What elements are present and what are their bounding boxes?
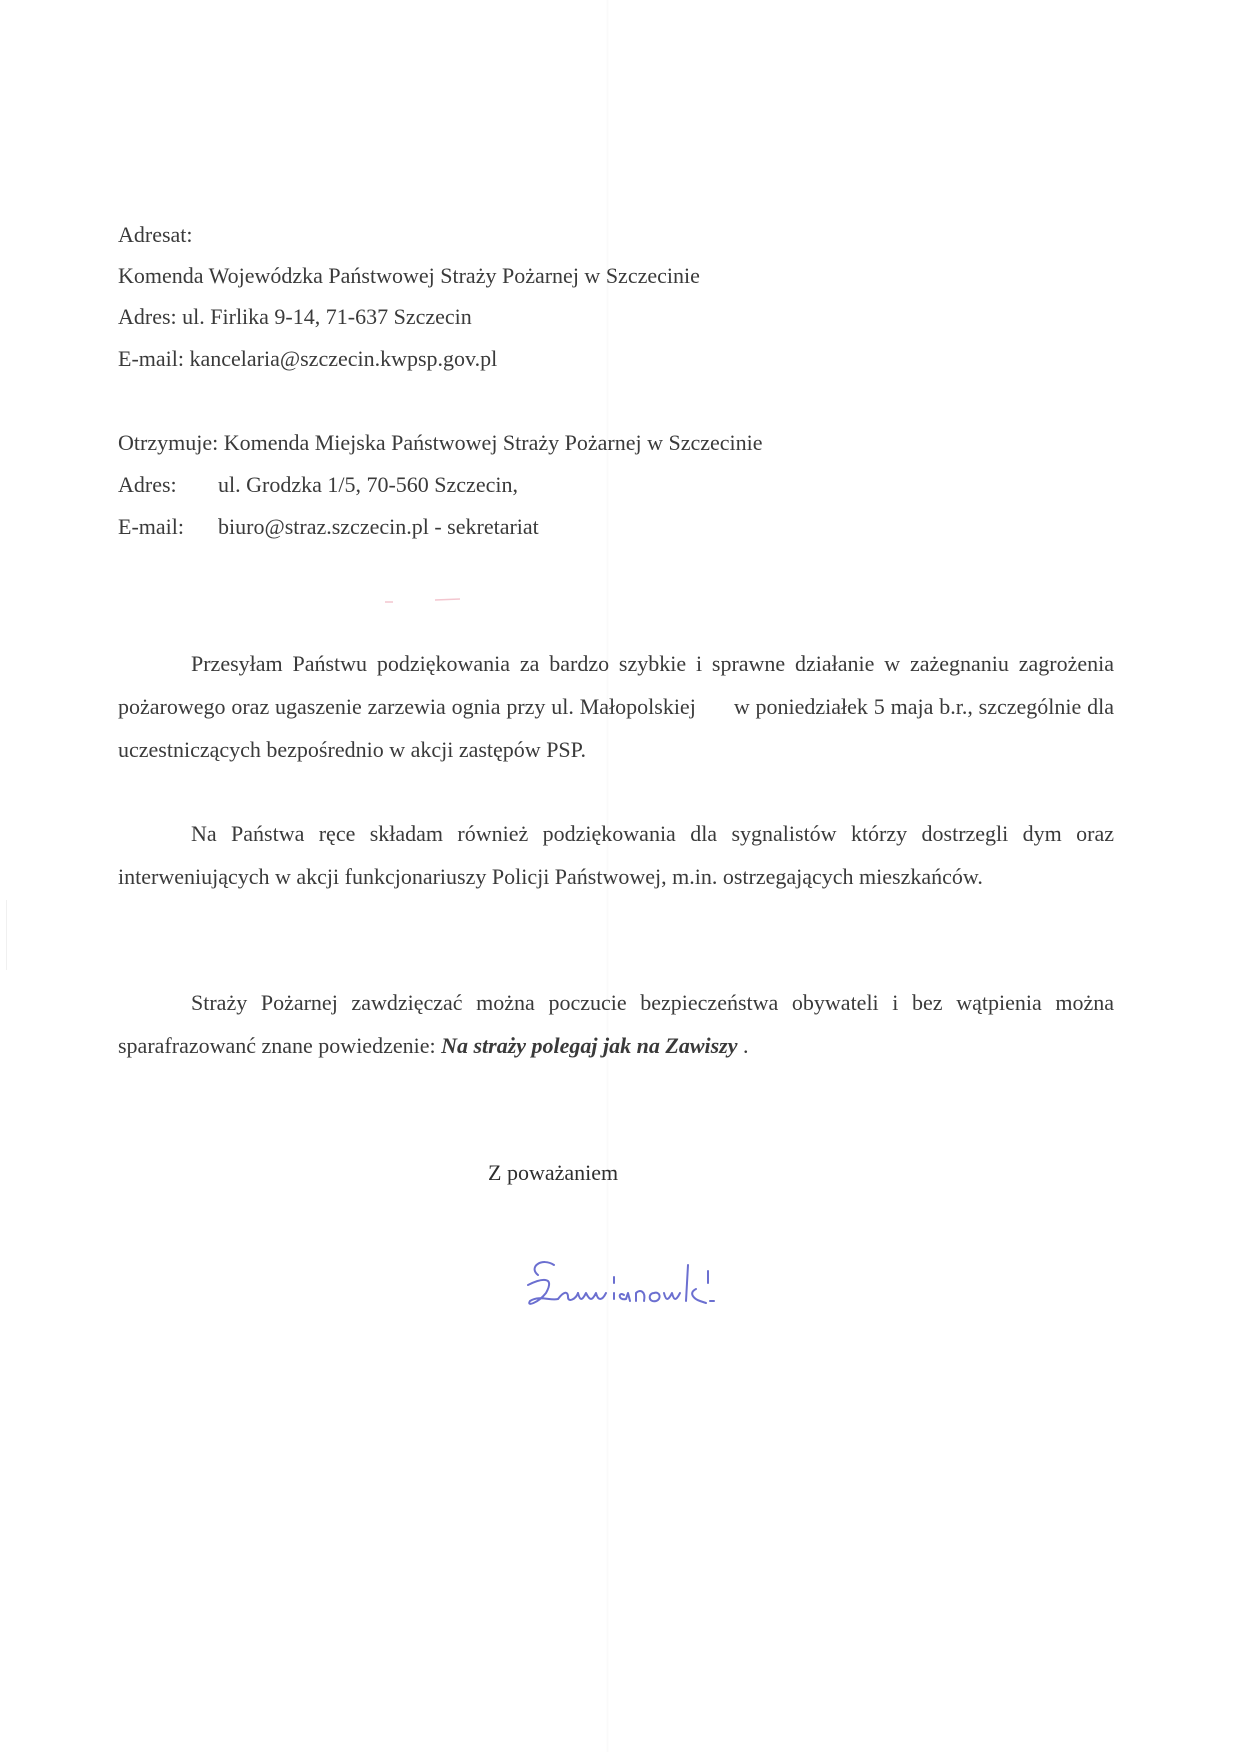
copy-to-email-label: E-mail:: [118, 514, 218, 540]
paragraph-closing-remark: Straży Pożarnej zawdzięczać można poczuc…: [118, 981, 1114, 1067]
copy-to-address: Adres:ul. Grodzka 1/5, 70-560 Szczecin,: [118, 472, 518, 498]
quote-saying: Na straży polegaj jak na Zawiszy: [441, 1033, 737, 1058]
handwritten-signature-icon: [520, 1245, 760, 1325]
copy-to-address-label: Adres:: [118, 472, 218, 498]
recipient-label: Adresat:: [118, 222, 193, 248]
paragraph-end-punctuation: .: [743, 1033, 749, 1058]
copy-to-line: Otrzymuje: Komenda Miejska Państwowej St…: [118, 430, 763, 456]
closing-salutation: Z poważaniem: [488, 1160, 618, 1186]
recipient-name: Komenda Wojewódzka Państwowej Straży Poż…: [118, 263, 700, 289]
copy-to-email: E-mail:biuro@straz.szczecin.pl - sekreta…: [118, 514, 539, 540]
scan-smudge: [385, 598, 465, 604]
paragraph-whistleblowers: Na Państwa ręce składam również podzięko…: [118, 812, 1114, 898]
recipient-address: Adres: ul. Firlika 9-14, 71-637 Szczecin: [118, 304, 472, 330]
scan-edge-mark: [6, 900, 7, 970]
paragraph-whistleblowers-text: Na Państwa ręce składam również podzięko…: [118, 821, 1114, 889]
recipient-email: E-mail: kancelaria@szczecin.kwpsp.gov.pl: [118, 346, 497, 372]
paragraph-thanks: Przesyłam Państwu podziękowania za bardz…: [118, 642, 1114, 771]
copy-to-address-value: ul. Grodzka 1/5, 70-560 Szczecin,: [218, 472, 518, 497]
copy-to-email-value: biuro@straz.szczecin.pl - sekretariat: [218, 514, 539, 539]
